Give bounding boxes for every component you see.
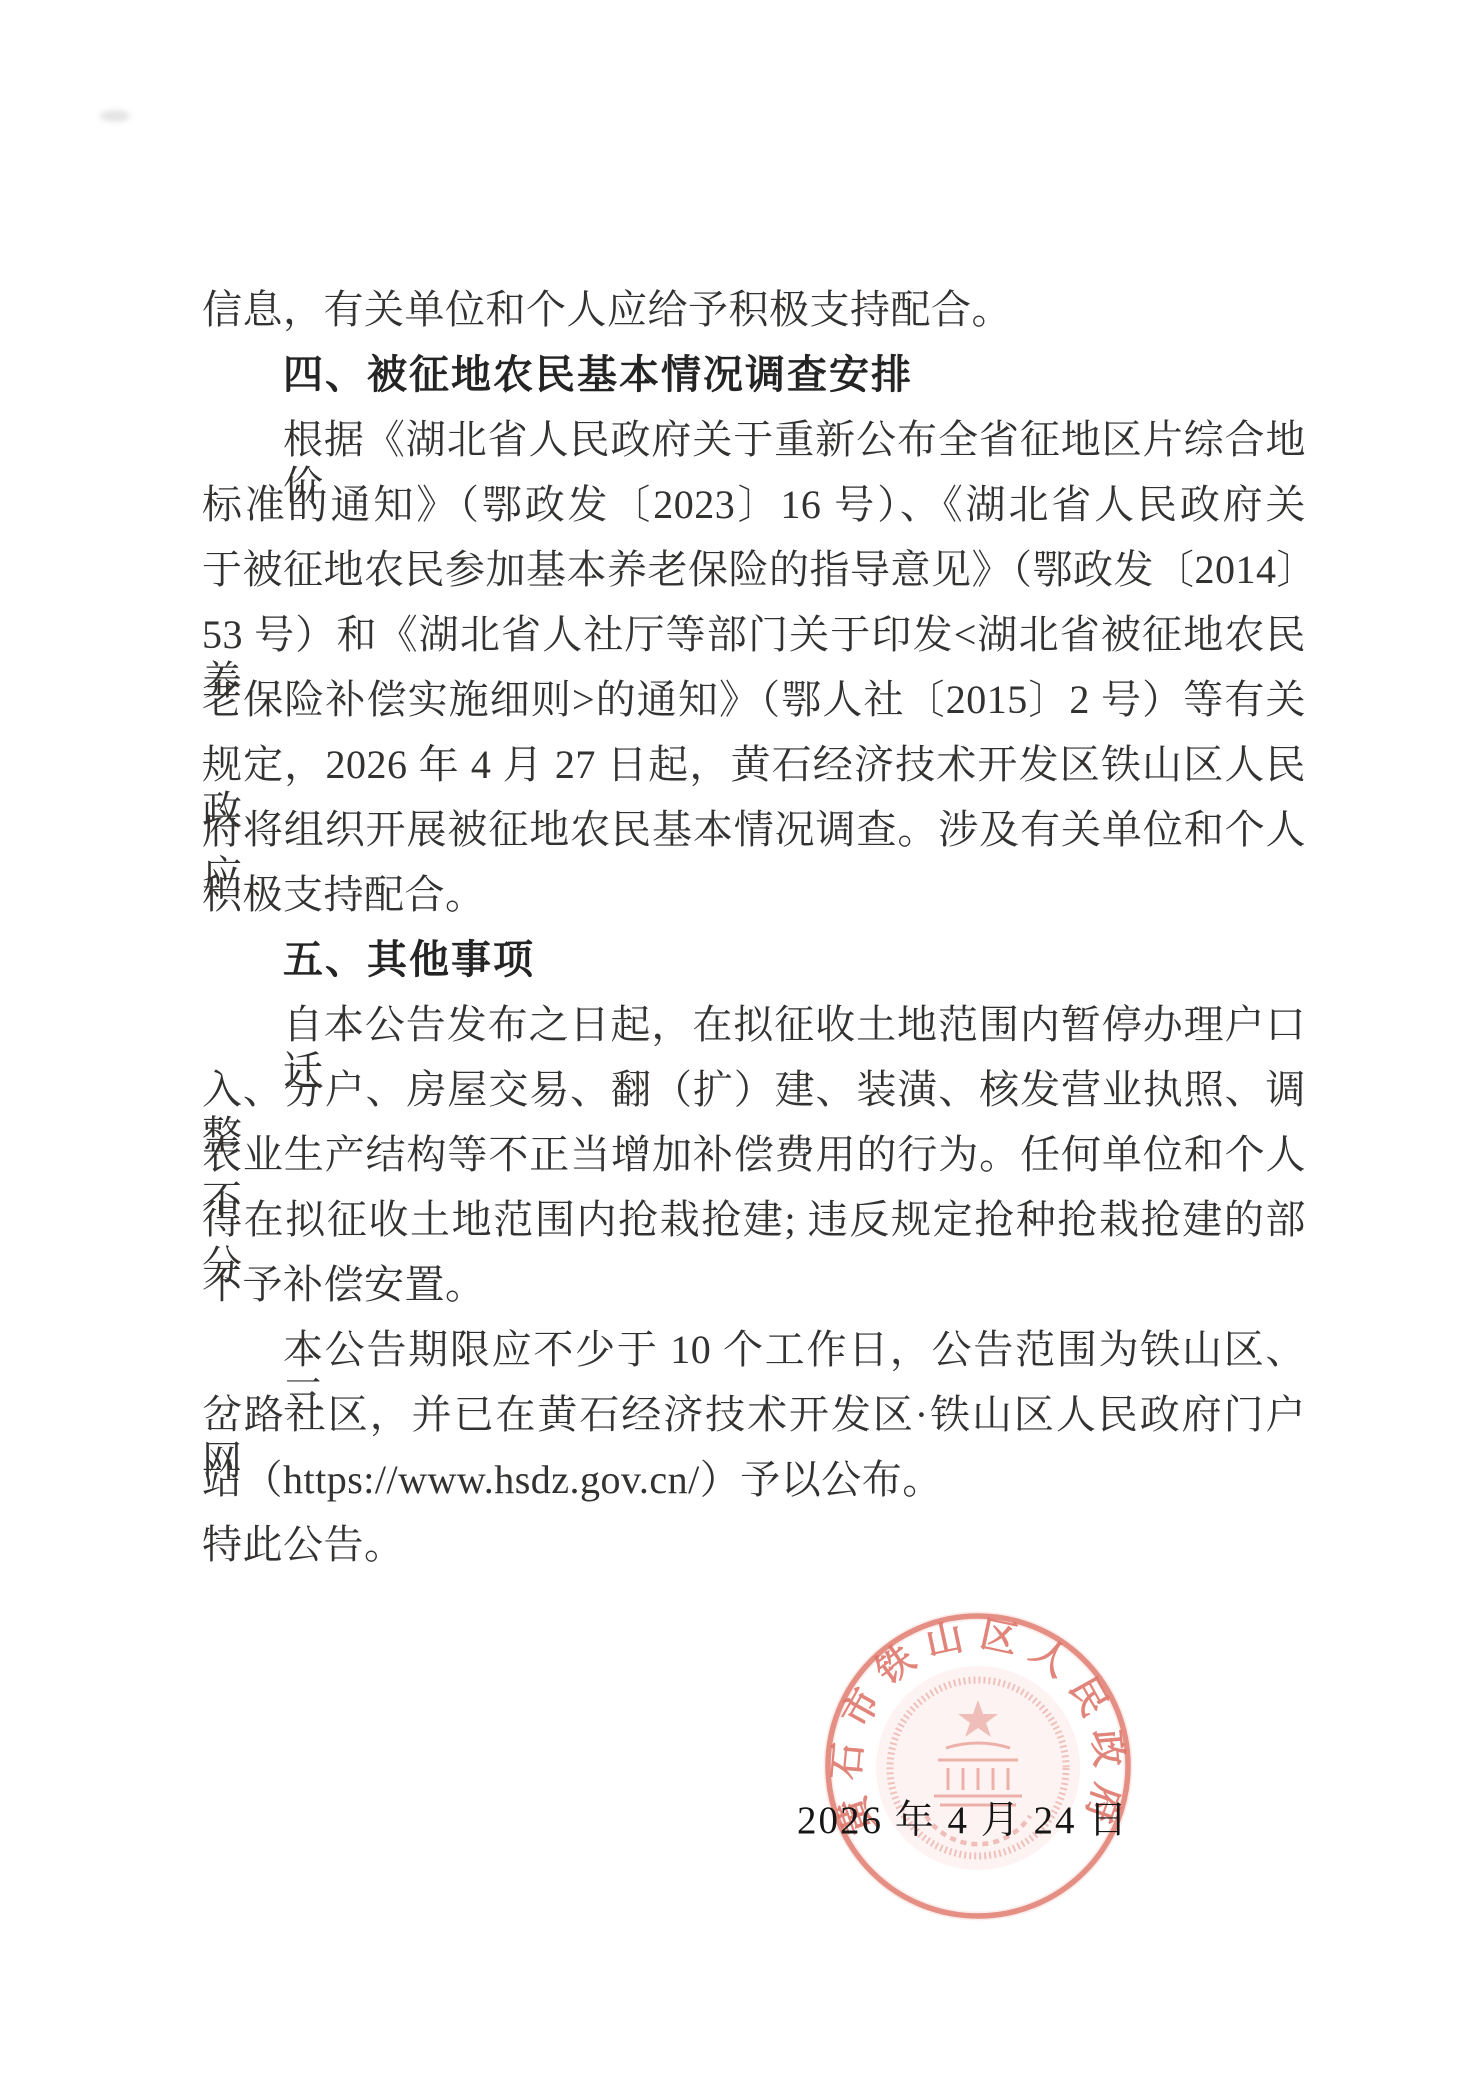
- body-line: 规定，2026 年 4 月 27 日起，黄石经济技术开发区铁山区人民政: [202, 742, 1306, 807]
- body-line: 岔路社区，并已在黄石经济技术开发区·铁山区人民政府门户网: [202, 1392, 1306, 1457]
- section-heading-4: 四、被征地农民基本情况调查安排: [202, 352, 1306, 417]
- body-line: 站（https://www.hsdz.gov.cn/）予以公布。: [202, 1457, 1306, 1522]
- body-line: 信息，有关单位和个人应给予积极支持配合。: [202, 287, 1306, 352]
- body-line: 根据《湖北省人民政府关于重新公布全省征地区片综合地价: [202, 417, 1306, 482]
- section-heading-5: 五、其他事项: [202, 937, 1306, 1002]
- body-line: 农业生产结构等不正当增加补偿费用的行为。任何单位和个人不: [202, 1132, 1306, 1197]
- body-line: 得在拟征收土地范围内抢栽抢建; 违反规定抢种抢栽抢建的部分: [202, 1197, 1306, 1262]
- body-line: 于被征地农民参加基本养老保险的指导意见》（鄂政发〔2014〕: [202, 547, 1306, 612]
- body-line: 标准的通知》（鄂政发〔2023〕16 号）、《湖北省人民政府关: [202, 482, 1306, 547]
- body-line: 本公告期限应不少于 10 个工作日，公告范围为铁山区、三: [202, 1327, 1306, 1392]
- issue-date: 2026 年 4 月 24 日: [797, 1789, 1129, 1845]
- scan-smudge: [100, 110, 130, 122]
- body-line: 不予补偿安置。: [202, 1262, 1306, 1327]
- body-line: 自本公告发布之日起，在拟征收土地范围内暂停办理户口迁: [202, 1002, 1306, 1067]
- announcement-body: 信息，有关单位和个人应给予积极支持配合。 四、被征地农民基本情况调查安排 根据《…: [202, 287, 1306, 1587]
- body-line: 积极支持配合。: [202, 872, 1306, 937]
- announcement-page: 信息，有关单位和个人应给予积极支持配合。 四、被征地农民基本情况调查安排 根据《…: [0, 0, 1482, 2100]
- body-line: 老保险补偿实施细则>的通知》（鄂人社〔2015〕2 号）等有关: [202, 677, 1306, 742]
- body-line: 府将组织开展被征地农民基本情况调查。涉及有关单位和个人应: [202, 807, 1306, 872]
- body-line: 入、分户、房屋交易、翻（扩）建、装潢、核发营业执照、调整: [202, 1067, 1306, 1132]
- body-line: 53 号）和《湖北省人社厅等部门关于印发<湖北省被征地农民养: [202, 612, 1306, 677]
- official-seal: 黄石市铁山区人民政府: [788, 1576, 1168, 1956]
